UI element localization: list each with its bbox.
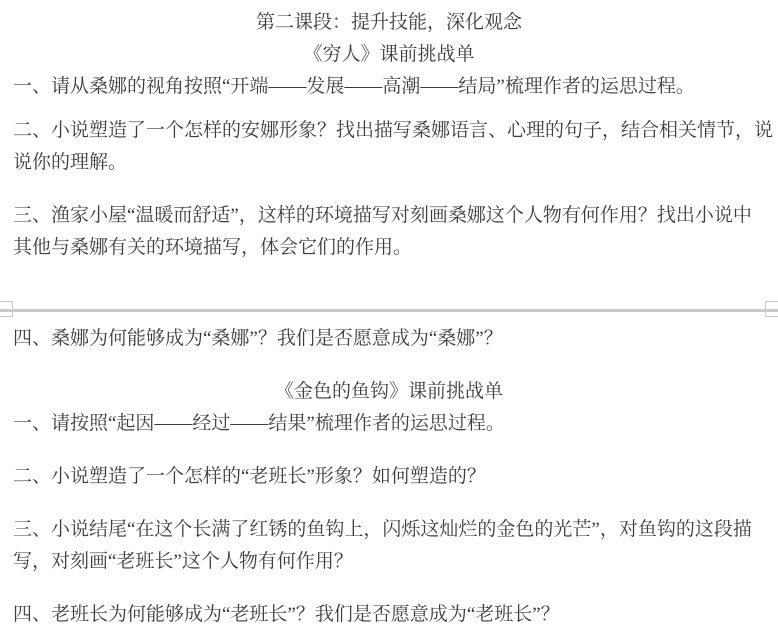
question-2b: 二、小说塑造了一个怎样的“老班长”形象？如何塑造的？ bbox=[0, 461, 778, 493]
question-line: 三、渔家小屋“温暖而舒适”，这样的环境描写对刻画桑娜这个人物有何作用？找出小说中 bbox=[0, 200, 778, 232]
question-1: 一、请从桑娜的视角按照“开端——发展——高潮——结局”梳理作者的运思过程。 bbox=[0, 71, 778, 103]
question-3: 三、渔家小屋“温暖而舒适”，这样的环境描写对刻画桑娜这个人物有何作用？找出小说中… bbox=[0, 200, 778, 264]
page-break-separator[interactable] bbox=[0, 301, 778, 318]
question-4b: 四、老班长为何能够成为“老班长”？我们是否愿意成为“老班长”？ bbox=[0, 599, 778, 631]
page-2: 四、桑娜为何能够成为“桑娜”？我们是否愿意成为“桑娜”？ 《金色的鱼钩》课前挑战… bbox=[0, 323, 778, 631]
question-1b: 一、请按照“起因——经过——结果”梳理作者的运思过程。 bbox=[0, 408, 778, 440]
sheet-title-qiongren: 《穷人》课前挑战单 bbox=[0, 39, 778, 71]
question-2: 二、小说塑造了一个怎样的安娜形象？找出描写桑娜语言、心理的句子，结合相关情节，说… bbox=[0, 115, 778, 179]
section-heading: 第二课段：提升技能，深化观念 bbox=[0, 7, 778, 39]
word-document: 第二课段：提升技能，深化观念 《穷人》课前挑战单 一、请从桑娜的视角按照“开端—… bbox=[0, 0, 778, 642]
sheet-title-jinse-yugou: 《金色的鱼钩》课前挑战单 bbox=[0, 376, 778, 408]
page-break-right-marker bbox=[765, 301, 778, 317]
page-1: 第二课段：提升技能，深化观念 《穷人》课前挑战单 一、请从桑娜的视角按照“开端—… bbox=[0, 0, 778, 264]
question-line: 三、小说结尾“在这个长满了红锈的鱼钩上，闪烁这灿烂的金色的光芒”，对鱼钩的这段描 bbox=[0, 514, 778, 546]
question-line: 二、小说塑造了一个怎样的“老班长”形象？如何塑造的？ bbox=[0, 461, 778, 493]
question-line: 二、小说塑造了一个怎样的安娜形象？找出描写桑娜语言、心理的句子，结合相关情节，说 bbox=[0, 115, 778, 147]
question-4: 四、桑娜为何能够成为“桑娜”？我们是否愿意成为“桑娜”？ bbox=[0, 323, 778, 355]
question-line: 四、老班长为何能够成为“老班长”？我们是否愿意成为“老班长”？ bbox=[0, 599, 778, 631]
page-break-line bbox=[0, 309, 778, 312]
question-line: 一、请从桑娜的视角按照“开端——发展——高潮——结局”梳理作者的运思过程。 bbox=[0, 71, 778, 103]
question-line: 说你的理解。 bbox=[0, 147, 778, 179]
question-line: 写，对刻画“老班长”这个人物有何作用？ bbox=[0, 546, 778, 578]
question-line: 其他与桑娜有关的环境描写，体会它们的作用。 bbox=[0, 232, 778, 264]
question-3b: 三、小说结尾“在这个长满了红锈的鱼钩上，闪烁这灿烂的金色的光芒”，对鱼钩的这段描… bbox=[0, 514, 778, 578]
question-line: 一、请按照“起因——经过——结果”梳理作者的运思过程。 bbox=[0, 408, 778, 440]
page-break-left-marker bbox=[0, 301, 13, 317]
question-line: 四、桑娜为何能够成为“桑娜”？我们是否愿意成为“桑娜”？ bbox=[0, 323, 778, 355]
